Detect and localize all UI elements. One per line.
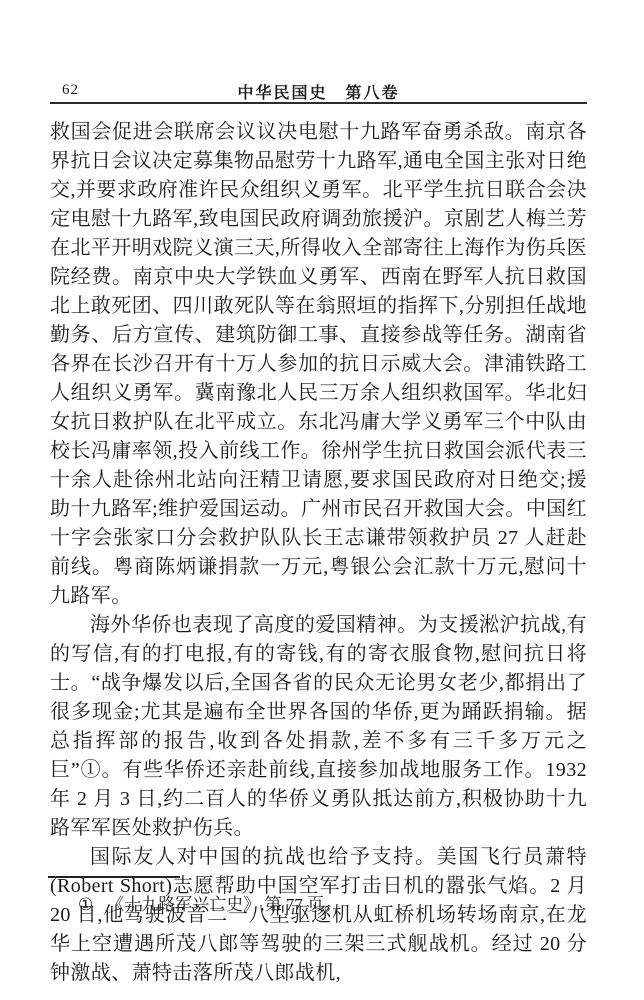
body-text: 救国会促进会联席会议议决电慰十九路军奋勇杀敌。南京各界抗日会议决定募集物品慰劳十… (50, 118, 587, 988)
footnote-text: 《十九路军兴亡史》,第 77 页。 (107, 895, 341, 914)
book-page: 62 中华民国史 第八卷 救国会促进会联席会议议决电慰十九路军奋勇杀敌。南京各界… (0, 0, 644, 1000)
body-paragraph: 海外华侨也表现了高度的爱国精神。为支援淞沪抗战,有的写信,有的打电报,有的寄钱,… (50, 611, 587, 843)
footnote-marker: ① (78, 893, 93, 917)
running-header: 62 中华民国史 第八卷 (50, 80, 587, 100)
footnote-divider (48, 876, 180, 878)
page-number: 62 (62, 82, 79, 99)
header-divider (50, 102, 587, 104)
header-title: 中华民国史 第八卷 (50, 80, 587, 103)
footnote: ①《十九路军兴亡史》,第 77 页。 (50, 893, 587, 917)
body-paragraph: 救国会促进会联席会议议决电慰十九路军奋勇杀敌。南京各界抗日会议决定募集物品慰劳十… (50, 118, 587, 611)
